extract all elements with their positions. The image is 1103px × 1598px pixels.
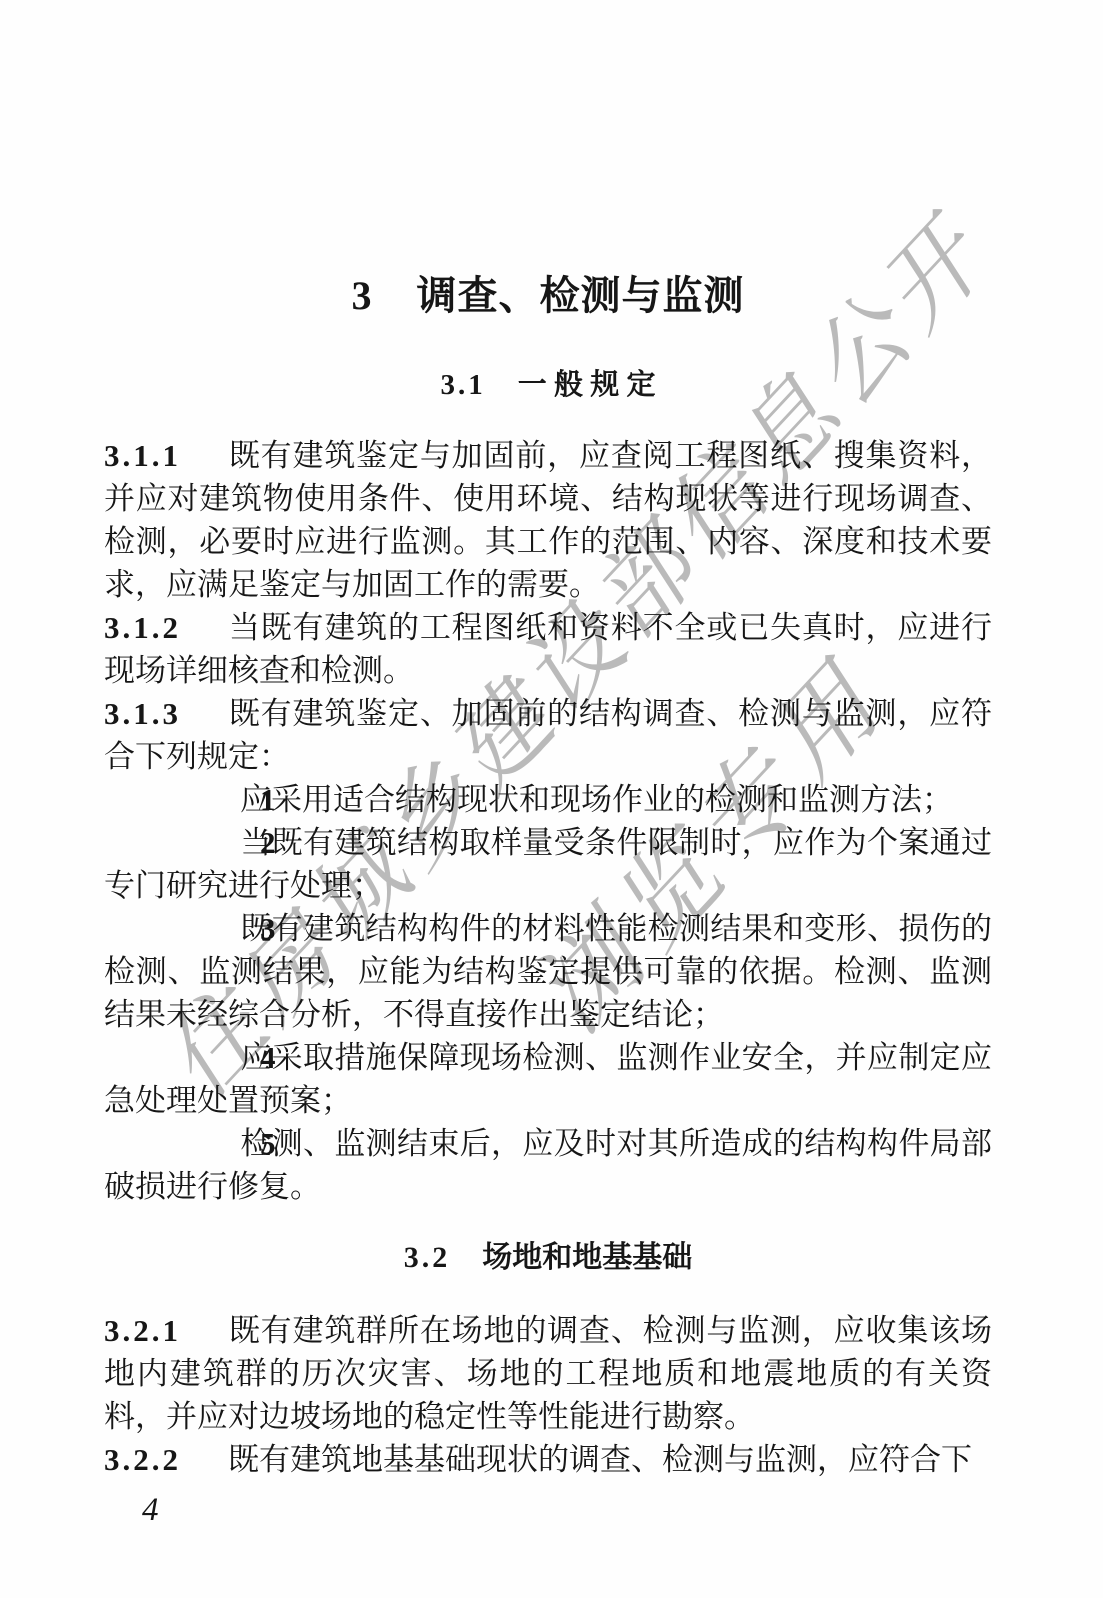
item-number: 1 xyxy=(182,778,240,821)
clause-text: 既有建筑地基基础现状的调查、检测与监测，应符合下 xyxy=(228,1442,972,1477)
clause-text: 既有建筑鉴定、加固前的结构调查、检测与监测，应符合下列规定： xyxy=(104,696,992,774)
section-number: 3.1 xyxy=(440,369,485,401)
section-title: 场地和地基基础 xyxy=(482,1241,692,1274)
clause-3-1-1: 3.1.1既有建筑鉴定与加固前，应查阅工程图纸、搜集资料，并应对建筑物使用条件、… xyxy=(104,434,992,606)
clause-number: 3.1.1 xyxy=(104,434,228,477)
section-heading-3-1: 3.1一 般 规 定 xyxy=(104,366,992,404)
chapter-heading: 3调查、检测与监测 xyxy=(104,0,992,320)
section-number: 3.2 xyxy=(404,1241,451,1274)
list-item-3: 3既有建筑结构构件的材料性能检测结果和变形、损伤的检测、监测结果，应能为结构鉴定… xyxy=(104,907,992,1036)
item-number: 5 xyxy=(182,1122,240,1165)
page-number: 4 xyxy=(142,1492,159,1529)
page-content: 3调查、检测与监测 3.1一 般 规 定 3.1.1既有建筑鉴定与加固前，应查阅… xyxy=(104,0,992,1481)
clause-number: 3.1.2 xyxy=(104,606,228,649)
list-item-2: 2当既有建筑结构取样量受条件限制时，应作为个案通过专门研究进行处理； xyxy=(104,821,992,907)
clause-text: 既有建筑群所在场地的调查、检测与监测，应收集该场地内建筑群的历次灾害、场地的工程… xyxy=(104,1313,992,1434)
chapter-number: 3 xyxy=(352,273,373,318)
section-3-2-body: 3.2.1既有建筑群所在场地的调查、检测与监测，应收集该场地内建筑群的历次灾害、… xyxy=(104,1309,992,1481)
clause-3-2-2: 3.2.2既有建筑地基基础现状的调查、检测与监测，应符合下 xyxy=(104,1438,992,1481)
clause-text: 既有建筑鉴定与加固前，应查阅工程图纸、搜集资料，并应对建筑物使用条件、使用环境、… xyxy=(104,438,992,602)
clause-3-1-2: 3.1.2当既有建筑的工程图纸和资料不全或已失真时，应进行现场详细核查和检测。 xyxy=(104,606,992,692)
clause-number: 3.1.3 xyxy=(104,692,228,735)
list-item-4: 4应采取措施保障现场检测、监测作业安全，并应制定应急处理处置预案； xyxy=(104,1036,992,1122)
section-title: 一 般 规 定 xyxy=(518,369,656,401)
item-text: 应采用适合结构现状和现场作业的检测和监测方法； xyxy=(240,782,953,817)
clause-3-1-3: 3.1.3既有建筑鉴定、加固前的结构调查、检测与监测，应符合下列规定： xyxy=(104,692,992,778)
item-number: 3 xyxy=(182,907,240,950)
clause-number: 3.2.2 xyxy=(104,1438,228,1481)
list-item-1: 1应采用适合结构现状和现场作业的检测和监测方法； xyxy=(104,778,992,821)
section-heading-3-2: 3.2场地和地基基础 xyxy=(104,1238,992,1278)
chapter-title: 调查、检测与监测 xyxy=(417,273,745,318)
item-number: 4 xyxy=(182,1036,240,1079)
clause-text: 当既有建筑的工程图纸和资料不全或已失真时，应进行现场详细核查和检测。 xyxy=(104,610,992,688)
list-item-5: 5检测、监测结束后，应及时对其所造成的结构构件局部破损进行修复。 xyxy=(104,1122,992,1208)
section-3-1-body: 3.1.1既有建筑鉴定与加固前，应查阅工程图纸、搜集资料，并应对建筑物使用条件、… xyxy=(104,434,992,1208)
clause-number: 3.2.1 xyxy=(104,1309,228,1352)
document-page: 住房城乡建设部信息公开 浏览专用 3调查、检测与监测 3.1一 般 规 定 3.… xyxy=(0,0,1103,1598)
clause-3-2-1: 3.2.1既有建筑群所在场地的调查、检测与监测，应收集该场地内建筑群的历次灾害、… xyxy=(104,1309,992,1438)
item-number: 2 xyxy=(182,821,240,864)
